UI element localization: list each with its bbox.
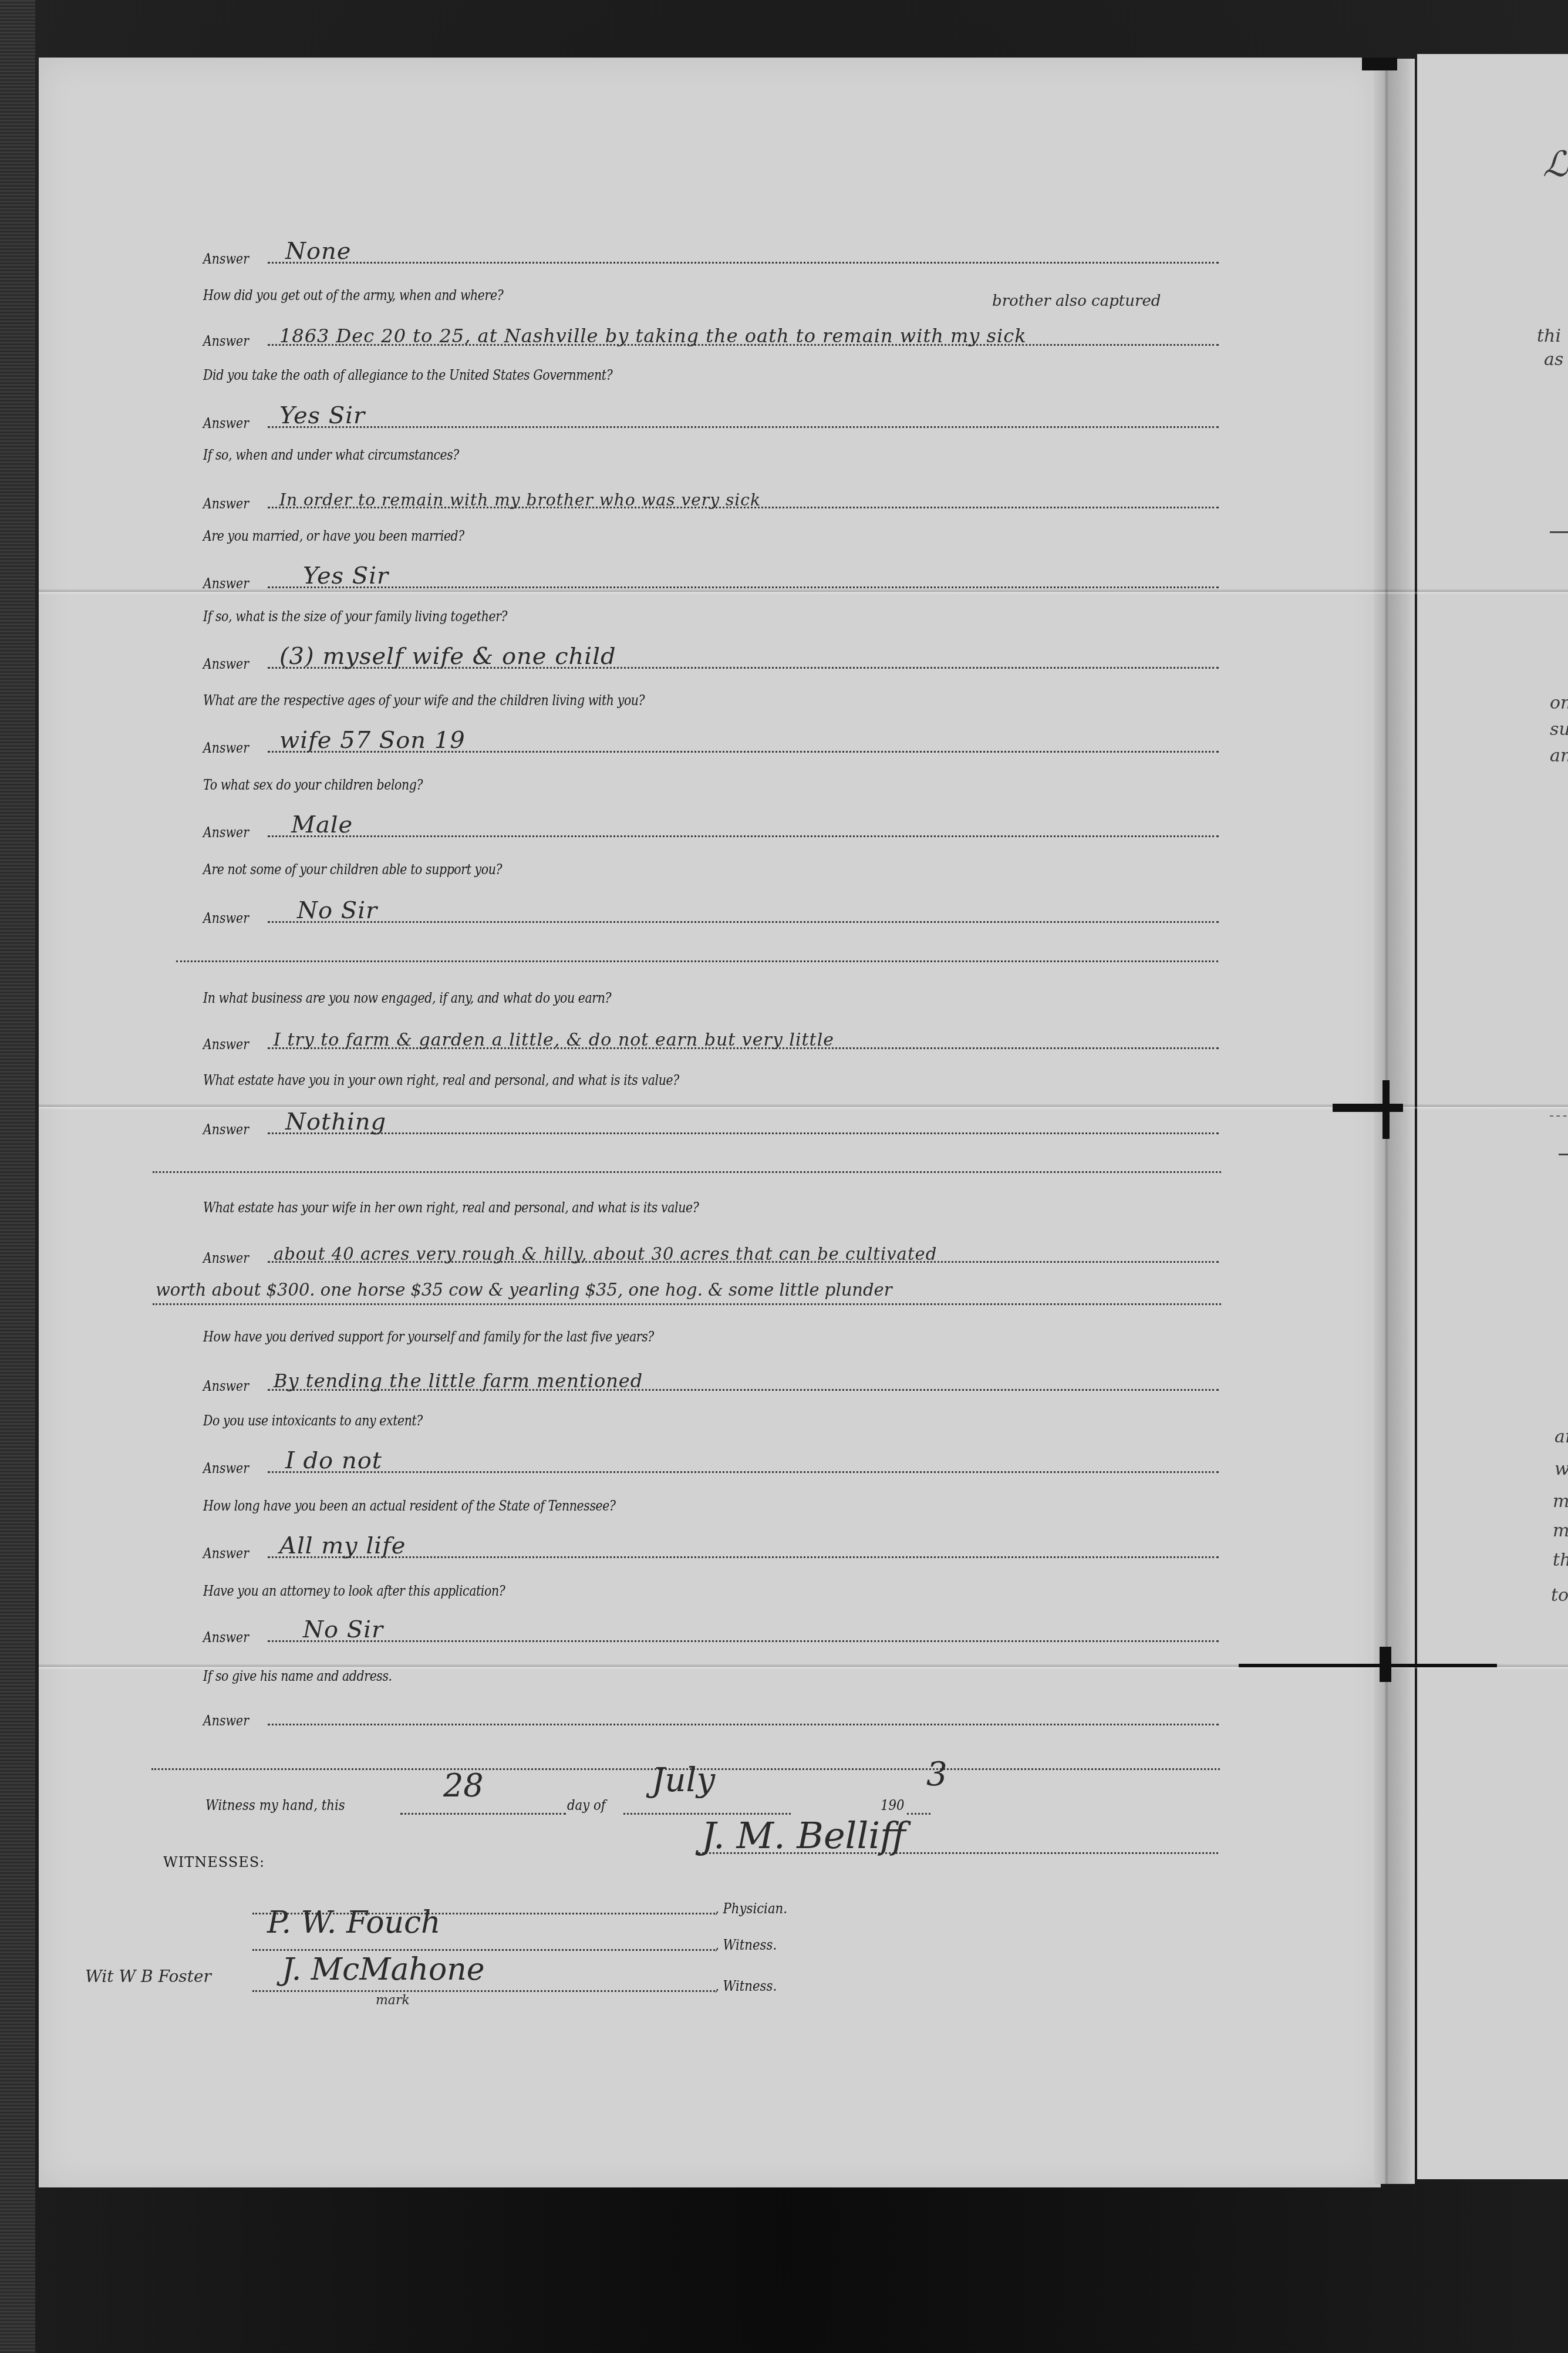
adjacent-page-fragment: wi (1554, 1459, 1568, 1479)
witnesses-heading: WITNESSES: (163, 1854, 265, 1870)
answer-text: All my life (279, 1532, 406, 1559)
answer-line (268, 262, 1219, 264)
question-text: What estate has your wife in her own rig… (203, 1199, 699, 1216)
day-of-label: day of (567, 1796, 606, 1813)
answer-label: Answer (203, 1629, 249, 1646)
answer-row: Answer 1863 Dec 20 to 25, at Nashville b… (203, 314, 1219, 349)
witness-2-label: , Witness. (715, 1977, 777, 1994)
question-text: What are the respective ages of your wif… (203, 692, 645, 709)
question-text: Do you use intoxicants to any extent? (203, 1412, 423, 1429)
answer-row: Answer (3) myself wife & one child (203, 637, 1219, 672)
answer-line (268, 1132, 1219, 1134)
answer-text: In order to remain with my brother who w… (279, 490, 761, 510)
adjacent-page-fragment: an (1554, 1427, 1568, 1447)
answer-row: Answer By tending the little farm mentio… (203, 1359, 1219, 1394)
answer-text: 1863 Dec 20 to 25, at Nashville by takin… (279, 325, 1027, 347)
witness-2-signature: J. McMahone (282, 1952, 485, 1987)
answer-label: Answer (203, 1036, 249, 1053)
answer-row: Answer No Sir (203, 891, 1219, 926)
answer-annotation: brother also captured (992, 292, 1161, 310)
adjacent-page-rule (1550, 531, 1568, 533)
question-text: If so give his name and address. (203, 1667, 392, 1684)
question-text: How long have you been an actual residen… (203, 1497, 616, 1514)
paper-tear (1380, 1647, 1391, 1682)
adjacent-page-fragment: m (1553, 1521, 1568, 1541)
answer-label: Answer (203, 414, 249, 432)
paper-tear (1362, 58, 1397, 70)
adjacent-page-fragment: an (1550, 746, 1568, 766)
answer-text: No Sir (303, 1616, 383, 1643)
witness-my-hand-label: Witness my hand, this (205, 1796, 345, 1813)
answer-row: Answer None (203, 232, 1219, 267)
question-text: How have you derived support for yoursel… (203, 1328, 654, 1345)
answer-row: Answer I do not (203, 1441, 1219, 1476)
blank-line (153, 1171, 1221, 1173)
question-text: In what business are you now engaged, if… (203, 989, 611, 1006)
answer-row: Answer I try to farm & garden a little, … (203, 1017, 1219, 1053)
answer-line (268, 835, 1219, 837)
applicant-signature: J. M. Belliff (702, 1814, 906, 1857)
question-text: If so, when and under what circumstances… (203, 446, 459, 463)
answer-text: I do not (285, 1447, 382, 1474)
answer-text: (3) myself wife & one child (279, 643, 616, 670)
answer-text: about 40 acres very rough & hilly, about… (274, 1244, 937, 1264)
witness-margin-note: Wit W B Foster (85, 1967, 211, 1986)
year-prefix-label: 190 (881, 1796, 905, 1813)
answer-line-2 (153, 1303, 1221, 1305)
answer-text: Nothing (285, 1108, 386, 1135)
question-text: To what sex do your children belong? (203, 776, 423, 793)
answer-row: Answer wife 57 Son 19 (203, 721, 1219, 756)
day-value: 28 (443, 1767, 484, 1804)
answer-text: None (285, 238, 352, 265)
answer-text: I try to farm & garden a little, & do no… (274, 1030, 834, 1050)
answer-text: No Sir (297, 897, 377, 924)
adjacent-page (1417, 54, 1568, 2179)
adjacent-page-fragment: on (1550, 693, 1568, 713)
question-text: Have you an attorney to look after this … (203, 1582, 505, 1599)
answer-label: Answer (203, 824, 249, 841)
answer-label: Answer (203, 739, 249, 756)
adjacent-page-script: ℒ (1543, 144, 1568, 185)
answer-line (268, 426, 1219, 428)
witness-2-mark: mark (376, 1993, 410, 2008)
answer-line (268, 1556, 1219, 1558)
adjacent-page-rule (1550, 1115, 1568, 1117)
answer-label: Answer (203, 1377, 249, 1394)
answer-row: Answer Male (203, 805, 1219, 841)
paper-tear (1382, 1080, 1390, 1139)
question-text: How did you get out of the army, when an… (203, 286, 503, 304)
answer-line (268, 1471, 1219, 1473)
answer-label: Answer (203, 655, 249, 672)
question-text: Are not some of your children able to su… (203, 861, 502, 878)
adjacent-page-rule (1559, 1154, 1568, 1155)
answer-label: Answer (203, 495, 249, 512)
scanner-edge (0, 0, 35, 2353)
answer-label: Answer (203, 575, 249, 592)
answer-text: Yes Sir (303, 562, 389, 589)
physician-label: , Physician. (715, 1900, 787, 1917)
page-gutter (1374, 59, 1415, 2184)
question-text: Did you take the oath of allegiance to t… (203, 366, 612, 383)
answer-label: Answer (203, 250, 249, 267)
answer-line (268, 1724, 1219, 1725)
answer-line (268, 921, 1219, 923)
answer-text: By tending the little farm mentioned (274, 1370, 643, 1392)
answer-label: Answer (203, 1459, 249, 1476)
answer-row: Answer Nothing (203, 1103, 1219, 1138)
month-value: July (652, 1761, 715, 1799)
answer-row: Answer Yes Sir (203, 557, 1219, 592)
answer-line (268, 1640, 1219, 1642)
answer-label: Answer (203, 1121, 249, 1138)
answer-text-line-2: worth about $300. one horse $35 cow & ye… (156, 1280, 892, 1300)
answer-label: Answer (203, 1712, 249, 1729)
day-line (400, 1813, 566, 1815)
question-text: If so, what is the size of your family l… (203, 608, 507, 625)
witness-1-line (252, 1949, 715, 1951)
adjacent-page-fragment: to (1551, 1585, 1568, 1606)
paper-tear (1333, 1104, 1403, 1112)
witness-1-signature: P. W. Fouch (267, 1905, 441, 1940)
paper-tear (1239, 1664, 1497, 1667)
adjacent-page-fragment: m (1553, 1491, 1568, 1512)
answer-line (268, 586, 1219, 588)
year-line (907, 1813, 930, 1815)
answer-row: Answer (203, 1694, 1219, 1729)
question-text: Are you married, or have you been marrie… (203, 527, 464, 544)
adjacent-page-fragment: as (1544, 349, 1563, 370)
answer-label: Answer (203, 909, 249, 926)
adjacent-page-fragment: th (1553, 1550, 1568, 1570)
adjacent-page-fragment: thi (1537, 326, 1561, 346)
answer-row: Answer In order to remain with my brothe… (203, 477, 1219, 512)
answer-text: wife 57 Son 19 (279, 727, 466, 754)
blank-line (176, 960, 1218, 962)
answer-row: Answer about 40 acres very rough & hilly… (203, 1231, 1219, 1266)
year-suffix-value: 3 (926, 1755, 947, 1794)
answer-row: Answer No Sir (203, 1610, 1219, 1646)
answer-label: Answer (203, 332, 249, 349)
witness-2-line (252, 1990, 715, 1992)
answer-label: Answer (203, 1249, 249, 1266)
witness-1-label: , Witness. (715, 1936, 777, 1953)
answer-row: Answer Yes Sir (203, 396, 1219, 432)
answer-row: Answer All my life (203, 1526, 1219, 1562)
adjacent-page-fragment: su (1550, 719, 1568, 740)
answer-text: Yes Sir (279, 402, 365, 429)
answer-label: Answer (203, 1545, 249, 1562)
answer-text: Male (291, 811, 353, 838)
question-text: What estate have you in your own right, … (203, 1071, 679, 1088)
